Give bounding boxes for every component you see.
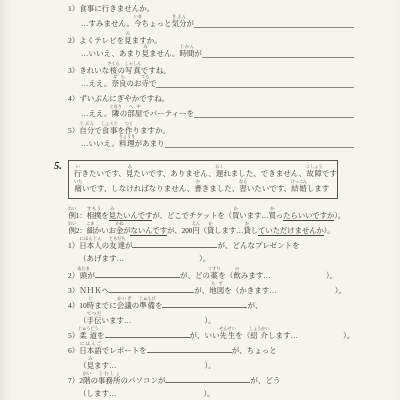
answer-space [117, 367, 205, 368]
answer-line: …すみません。今いまちょっと気分きぶんが [68, 16, 354, 31]
answer-line: …いいえ。料理りょうりがあまり [68, 136, 354, 151]
exercise-number: 5. [54, 161, 62, 172]
item-line: 2）頭あたまがが、どの薬くすりを（飲のみます…）。 [68, 266, 354, 281]
answer-line: …ええ。隣となりの部屋へやでパーティーを [68, 106, 354, 121]
item-line: 3）ＮＨＫへが、地図ちずを（かきます…）。 [68, 281, 354, 296]
item-continuation-line: （します…）。 [68, 386, 354, 400]
fill-in-blank [147, 343, 232, 353]
answer-space [298, 337, 343, 338]
item-continuation-line: （手伝てつだいます…）。 [68, 311, 354, 326]
answer-text: …ええ。隣となりの部屋へやでパーティーを [81, 104, 194, 121]
answer-text: …ええ。奈良ならのお寺てらで [81, 74, 156, 91]
answer-space [124, 260, 199, 261]
exercise-items: 1）日本人にほんじんの友達ともだちがが、どんなプレゼントを （あげます…）。 2… [68, 236, 354, 400]
item-line: 7）2階かいの事務所じむしょのパソコンがが、どう [68, 371, 354, 386]
answer-text: …すみません。今いまちょっと気分きぶんが [81, 14, 194, 31]
scanned-worksheet-page: 1）食事に行きませんか。 …すみません。今いまちょっと気分きぶんが 2）よくテレ… [0, 0, 400, 400]
answer-space [277, 292, 335, 293]
answer-line: …いいえ、あまり見みません。時間じかんが [68, 46, 354, 61]
word-bank-line: 行いきたいです、見みたいです、ありません、遅おくれました、できません、故障こしょ… [74, 164, 332, 179]
example-line: 例れい1：相撲すもうを見みたいんですが、どこでチケットを（買かいます…買かったら… [68, 206, 354, 221]
answer-blank-line [202, 57, 354, 58]
answer-blank-line [156, 87, 354, 88]
answer-blank-line [194, 117, 354, 118]
answer-line: …ええ。奈良ならのお寺てらで [68, 76, 354, 91]
item-line: 6）日本語にほんごでレポートをが、ちょっと [68, 341, 354, 356]
exercise-5-section: 5. 行いきたいです、見みたいです、ありません、遅おくれました、できません、故障… [68, 160, 354, 400]
item-continuation-line: （あげます…）。 [68, 251, 354, 266]
exercise-top-section: 1）食事に行きませんか。 …すみません。今いまちょっと気分きぶんが 2）よくテレ… [68, 1, 354, 151]
fill-in-blank [105, 328, 190, 338]
fill-in-blank [109, 283, 194, 293]
answer-space [132, 322, 205, 323]
item-line: 4）10時じまでに会議かいぎの準備じゅんびをが、 [68, 296, 354, 311]
item-line: 1）日本人にほんじんの友達ともだちがが、どんなプレゼントを [68, 236, 354, 251]
fill-in-blank [165, 373, 250, 383]
answer-text: …いいえ。料理りょうりがあまり [81, 134, 165, 151]
answer-blank-line [194, 27, 354, 28]
example-line: 例れい2：細こまかいお金かねがないんですが、200円えん（貸かします…貸かしてい… [68, 221, 354, 236]
answer-space [271, 277, 326, 278]
answer-text: …いいえ、あまり見みません。時間じかんが [81, 44, 202, 61]
answer-space [117, 395, 204, 396]
item-line: 5）柔道じゅうどうをが、いい先生せんせいを（紹介しょうかいします…）。 [68, 326, 354, 341]
word-bank-line: 痛いたいです、しなければなりません、書かきました、習ならいたいです、結婚けっこん… [74, 179, 332, 194]
fill-in-blank [162, 298, 247, 308]
fill-in-blank [132, 238, 217, 248]
answer-blank-line [165, 147, 354, 148]
item-continuation-line: （見みます…）。 [68, 356, 354, 371]
word-bank-box: 行いきたいです、見みたいです、ありません、遅おくれました、できません、故障こしょ… [68, 160, 338, 199]
fill-in-blank [95, 268, 180, 278]
